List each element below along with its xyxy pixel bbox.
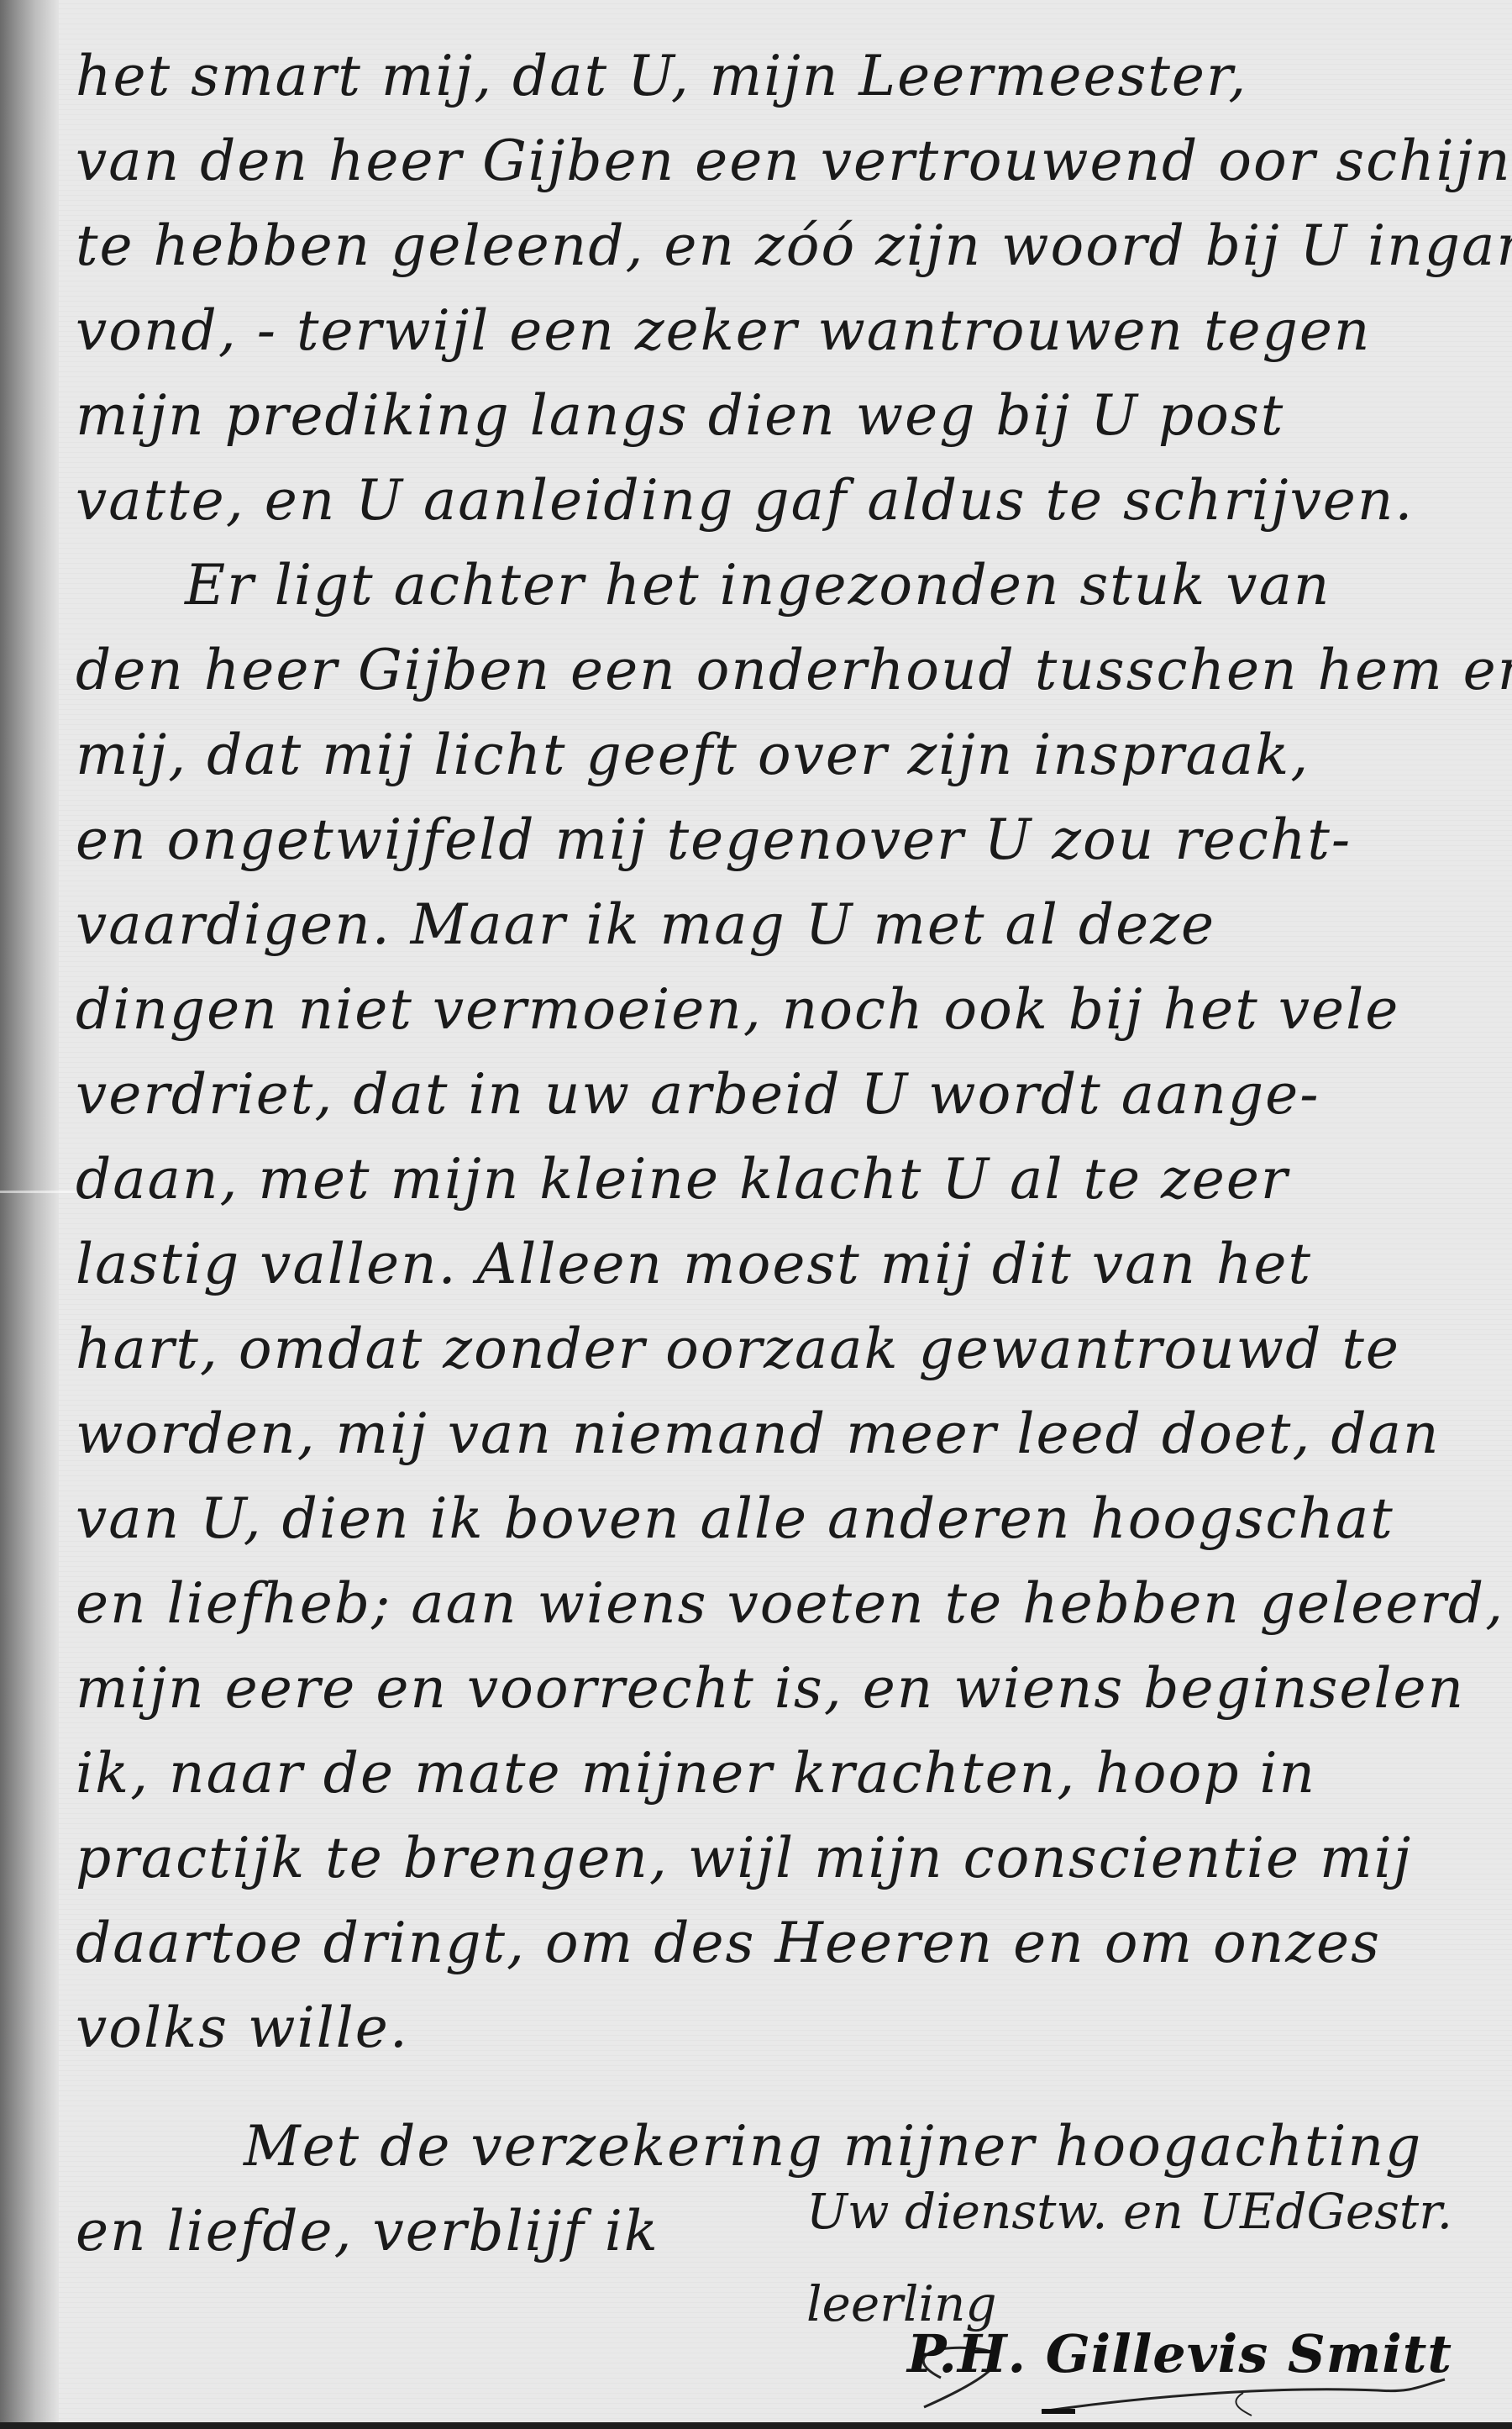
letter-page: het smart mij, dat U, mijn Leermeester, … (0, 0, 1512, 2429)
letter-line: en liefheb; aan wiens voeten te hebben g… (76, 1561, 1470, 1646)
paragraph-start-line: Er ligt achter het ingezonden stuk van (76, 543, 1470, 628)
letter-line: vaardigen. Maar ik mag U met al deze (76, 882, 1470, 967)
letter-line: dingen niet vermoeien, noch ook bij het … (76, 967, 1470, 1052)
page-bottom-edge (0, 2422, 1512, 2429)
letter-line: hart, omdat zonder oorzaak gewantrouwd t… (76, 1307, 1470, 1391)
letter-line: practijk te brengen, wijl mijn conscient… (76, 1816, 1470, 1901)
letter-line: daartoe dringt, om des Heeren en om onze… (76, 1901, 1470, 1985)
letter-line: van U, dien ik boven alle anderen hoogsc… (76, 1476, 1470, 1561)
letter-line: vatte, en U aanleiding gaf aldus te schr… (76, 458, 1470, 543)
signature: P.H. Gillevis Smitt (907, 2323, 1452, 2384)
letter-line: worden, mij van niemand meer leed doet, … (76, 1391, 1470, 1476)
page-crease (0, 1191, 76, 1193)
letter-line: verdriet, dat in uw arbeid U wordt aange… (76, 1052, 1470, 1137)
letter-line: volks wille. (76, 1985, 1470, 2070)
letter-line: ik, naar de mate mijner krachten, hoop i… (76, 1731, 1470, 1816)
letter-line: daan, met mijn kleine klacht U al te zee… (76, 1137, 1470, 1222)
letter-line: het smart mij, dat U, mijn Leermeester, (76, 34, 1470, 118)
letter-line: en ongetwijfeld mij tegenover U zou rech… (76, 797, 1470, 882)
letter-line: mijn prediking langs dien weg bij U post (76, 373, 1470, 458)
letter-line: vond, - terwijl een zeker wantrouwen teg… (76, 288, 1470, 373)
letter-line: den heer Gijben een onderhoud tusschen h… (76, 628, 1470, 712)
letter-line: mij, dat mij licht geeft over zijn inspr… (76, 712, 1470, 797)
letter-line: lastig vallen. Alleen moest mij dit van … (76, 1222, 1470, 1307)
valediction: Uw dienstw. en UEdGestr. leerling (806, 2168, 1452, 2345)
letter-line: mijn eere en voorrecht is, en wiens begi… (76, 1646, 1470, 1731)
valediction-line: Uw dienstw. en UEdGestr. (806, 2168, 1452, 2260)
letter-body: het smart mij, dat U, mijn Leermeester, … (76, 34, 1470, 2274)
letter-line: van den heer Gijben een vertrouwend oor … (76, 118, 1470, 203)
letter-line: te hebben geleend, en zóó zijn woord bij… (76, 203, 1470, 288)
paragraph-gap (76, 2070, 1470, 2104)
page-binding-shadow (0, 0, 59, 2429)
